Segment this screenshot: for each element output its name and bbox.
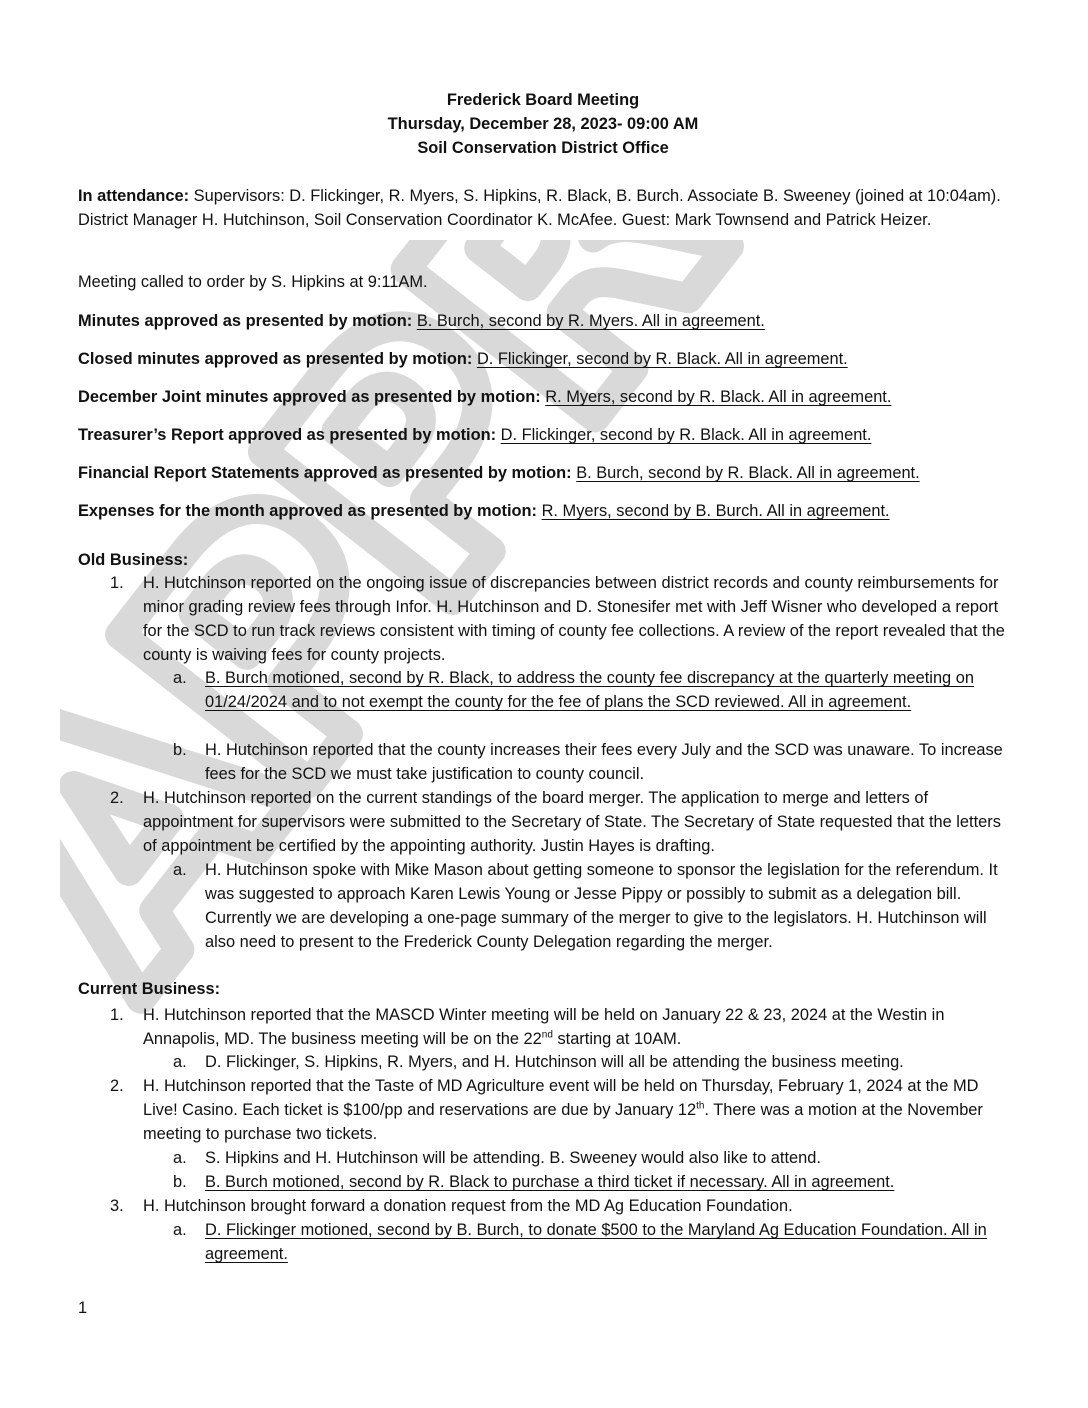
motion-expenses: Expenses for the month approved as prese… [78,499,890,523]
document-header: Frederick Board Meeting Thursday, Decemb… [78,88,1008,160]
meeting-location: Soil Conservation District Office [78,136,1008,160]
current-business-item-1: 1. H. Hutchinson reported that the MASCD… [110,1003,1008,1051]
current-business-item-2b: b. B. Burch motioned, second by R. Black… [173,1170,1008,1194]
motion-closed-minutes: Closed minutes approved as presented by … [78,347,848,371]
old-business-item-1b: b. H. Hutchinson reported that the count… [173,738,1008,786]
current-business-item-2a: a. S. Hipkins and H. Hutchinson will be … [173,1146,1008,1170]
page-number: 1 [78,1296,87,1320]
old-business-item-2a: a. H. Hutchinson spoke with Mike Mason a… [173,858,1008,954]
document-page: APPROVED Frederick Board Meeting Thursda… [0,0,1088,1408]
current-business-item-1a: a. D. Flickinger, S. Hipkins, R. Myers, … [173,1050,1008,1074]
motion-december-joint: December Joint minutes approved as prese… [78,385,891,409]
motion-financial-report: Financial Report Statements approved as … [78,461,920,485]
called-to-order: Meeting called to order by S. Hipkins at… [78,270,428,294]
old-business-item-1a: a. B. Burch motioned, second by R. Black… [173,666,1008,714]
current-business-item-3a: a. D. Flickinger motioned, second by B. … [173,1218,1008,1266]
motion-treasurer-report: Treasurer’s Report approved as presented… [78,423,871,447]
old-business-item-2: 2. H. Hutchinson reported on the current… [110,786,1008,858]
current-business-item-3: 3. H. Hutchinson brought forward a donat… [110,1194,1008,1218]
motion-minutes: Minutes approved as presented by motion:… [78,309,765,333]
attendance-text: Supervisors: D. Flickinger, R. Myers, S.… [78,187,1001,229]
current-business-heading: Current Business: [78,977,220,1001]
old-business-item-1: 1. H. Hutchinson reported on the ongoing… [110,571,1008,667]
attendance-paragraph: In attendance: Supervisors: D. Flickinge… [78,184,1008,232]
meeting-title: Frederick Board Meeting [78,88,1008,112]
current-business-item-2: 2. H. Hutchinson reported that the Taste… [110,1074,1008,1146]
meeting-datetime: Thursday, December 28, 2023- 09:00 AM [78,112,1008,136]
old-business-heading: Old Business: [78,548,188,572]
attendance-label: In attendance: [78,187,189,205]
